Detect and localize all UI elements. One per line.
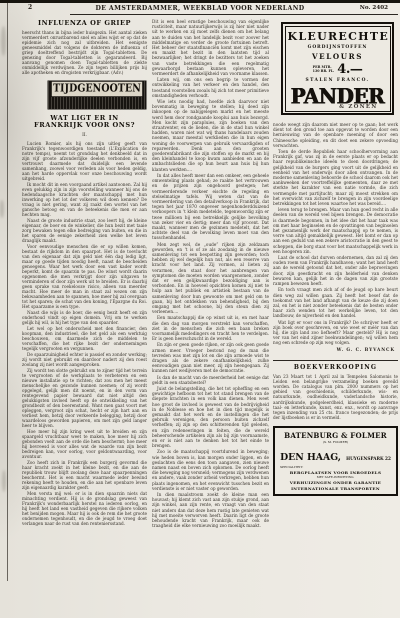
newspaper-page: 2 DE AMSTERDAMMER, WEEKBLAD VOOR NEDERLA… <box>0 0 400 618</box>
batenburg-specialty-label: SPECIALITEIT: <box>280 465 394 469</box>
batenburg-subname: (S. M. FOLMER) <box>277 440 394 444</box>
paragraph: Dit is een heel ernstige beschouwing van… <box>152 19 269 76</box>
influenza-headline: INFLUENZA OF GRIEP <box>22 20 147 28</box>
article-continuation: noode weegt zijn daarom niet meer op te … <box>273 122 398 353</box>
pander-ad-subline: GORDIJNSTOFFEN <box>288 45 388 50</box>
top-border-rule <box>0 0 400 3</box>
boekverkooping-headline: BOEKVERKOOPING <box>273 364 398 371</box>
paragraph: Zoo heeft zich in Frankrijk een burgerij… <box>22 460 147 490</box>
batenburg-street: HUYGENSPARK 22 <box>346 456 391 461</box>
paragraph: Men zegt wel, de „oude” rijken zijn zeld… <box>152 242 269 315</box>
pander-ad-price-labels: PER MTR. 130 BR. FL. <box>313 65 335 73</box>
pander-ad-price-row: PER MTR. 130 BR. FL. 4.— <box>288 62 388 77</box>
pander-advert: KLEURECHTE GORDIJNSTOFFEN VELOURS PER MT… <box>281 22 394 115</box>
page-number: 2 <box>28 4 32 11</box>
influenza-advert-text: heerscht thans in bijna ieder huisgezin.… <box>22 30 147 75</box>
paragraph: Wat ligt er voor ons in Frankrijk? De sc… <box>273 320 398 346</box>
left-fold-line <box>7 3 8 581</box>
issue-number: No. 2402 <box>360 5 388 11</box>
masthead-title: DE AMSTERDAMMER, WEEKBLAD VOOR NEDERLAND <box>60 5 340 12</box>
paragraph: Is dan de macht van de meerderheid het e… <box>152 375 269 385</box>
scan-smudge <box>2 470 6 492</box>
pander-ad-headline: KLEURECHTE <box>288 30 388 43</box>
paragraph: De spaarzuinigheid echter is passief en … <box>22 352 147 367</box>
boekverkooping-text: Van 23 Maart tot 1 April zal in Tempelen… <box>273 374 398 421</box>
pander-advert-inner: KLEURECHTE GORDIJNSTOFFEN VELOURS PER MT… <box>285 26 391 112</box>
header-rule <box>70 14 398 15</box>
column-middle: Dit is een heel ernstige beschouwing van… <box>152 19 269 530</box>
paragraph: In dat alles heeft meer dan een omkeer, … <box>152 173 269 241</box>
section-divider-rule <box>273 360 398 361</box>
paragraph: Juist de belangstelling, die het tot oph… <box>152 386 269 448</box>
paragraph: In dien maalstroom zoekt de kleine man e… <box>152 492 269 528</box>
paragraph: leven terug te brengen. Maar van hun goe… <box>273 207 398 254</box>
batenburg-name: BATENBURG & FOLMER <box>277 431 394 440</box>
paragraph: noode weegt zijn daarom niet meer op te … <box>273 122 398 148</box>
batenburg-line-3: VERHUIZINGEN ONDER GARANTIE <box>277 480 394 485</box>
tijdgenooten-band: TIJDGENOOTEN <box>51 81 143 97</box>
paragraph: Hoe meer hij zijn kring weet uit te brei… <box>22 429 147 459</box>
paragraph: Lucien Romier, als hij ons zijn uitleg g… <box>22 141 147 181</box>
paragraph: Laat de school dat durven ondernemen, da… <box>273 255 398 286</box>
paragraph: Laten wij, om ons een begrip te vormen d… <box>152 77 269 98</box>
paragraph: Voor eenvoudige menschen die er op wille… <box>22 244 147 309</box>
paragraph: En zijn er geen goede rijken, er zijn oo… <box>152 342 269 373</box>
frankrijk-headline: WAT LIGT ER IN FRANKRIJK VOOR ONS? <box>22 115 147 130</box>
batenburg-line-2: MET SAFE-INRICHTING. <box>277 475 394 479</box>
pander-ad-stalen: STALEN FRANCO. <box>288 78 388 83</box>
paragraph: Men versta mij wel: er is in dien spaarz… <box>22 491 147 526</box>
column-left: INFLUENZA OF GRIEP heerscht thans in bij… <box>22 19 147 527</box>
scan-smudge <box>0 200 4 218</box>
column-right: KLEURECHTE GORDIJNSTOFFEN VELOURS PER MT… <box>273 19 398 496</box>
batenburg-city: DEN HAAG, <box>280 452 341 463</box>
paragraph: En toch vraagt men zich af of de jeugd o… <box>273 287 398 318</box>
paragraph: Wie iets noodig had, hoefde zich daarvoo… <box>152 99 269 172</box>
paragraph: Naast de groote industrie staat, zoo lee… <box>22 218 147 243</box>
scan-smudge <box>1 26 6 56</box>
batenburg-address-row: DEN HAAG, HUYGENSPARK 22 <box>277 445 394 464</box>
paragraph: Toen de derde Republiek haar schoolhervo… <box>273 149 398 206</box>
batenburg-line-4: INTERNATIONALE TRANSPORTEN <box>277 486 394 491</box>
section-roman-numeral: II. <box>22 133 147 138</box>
pander-ad-product: VELOURS <box>288 52 388 61</box>
pander-ad-price: 4.— <box>337 62 362 77</box>
author-signature: W. G. C. BYVANCK <box>273 348 395 353</box>
paragraph: Zij wordt ten slotte gebruikt om te zijn… <box>22 368 147 428</box>
pander-brand-sub: & ZONEN <box>339 104 377 110</box>
paragraph: Zoo is de maatschappij voortdurend in be… <box>152 449 269 491</box>
paragraph: Ik mocht dit in een voorgaand artikel aa… <box>22 182 147 217</box>
batenburg-advert: BATENBURG & FOLMER (S. M. FOLMER) DEN HA… <box>273 426 398 496</box>
paragraph: Let wel op het onderscheid met den finan… <box>22 326 147 351</box>
tijdgenooten-label: TIJDGENOOTEN <box>53 82 141 95</box>
paragraph: Een maatschappij die op winst uit is, en… <box>152 315 269 341</box>
tijdgenooten-woodcut-logo: TIJDGENOOTEN <box>48 81 146 109</box>
pander-brand-logo: PANDER & ZONEN <box>288 84 388 109</box>
paragraph: Naast die wijs is de boer, die eenig bez… <box>22 310 147 325</box>
price-label-2: 130 BR. FL. <box>313 69 335 73</box>
